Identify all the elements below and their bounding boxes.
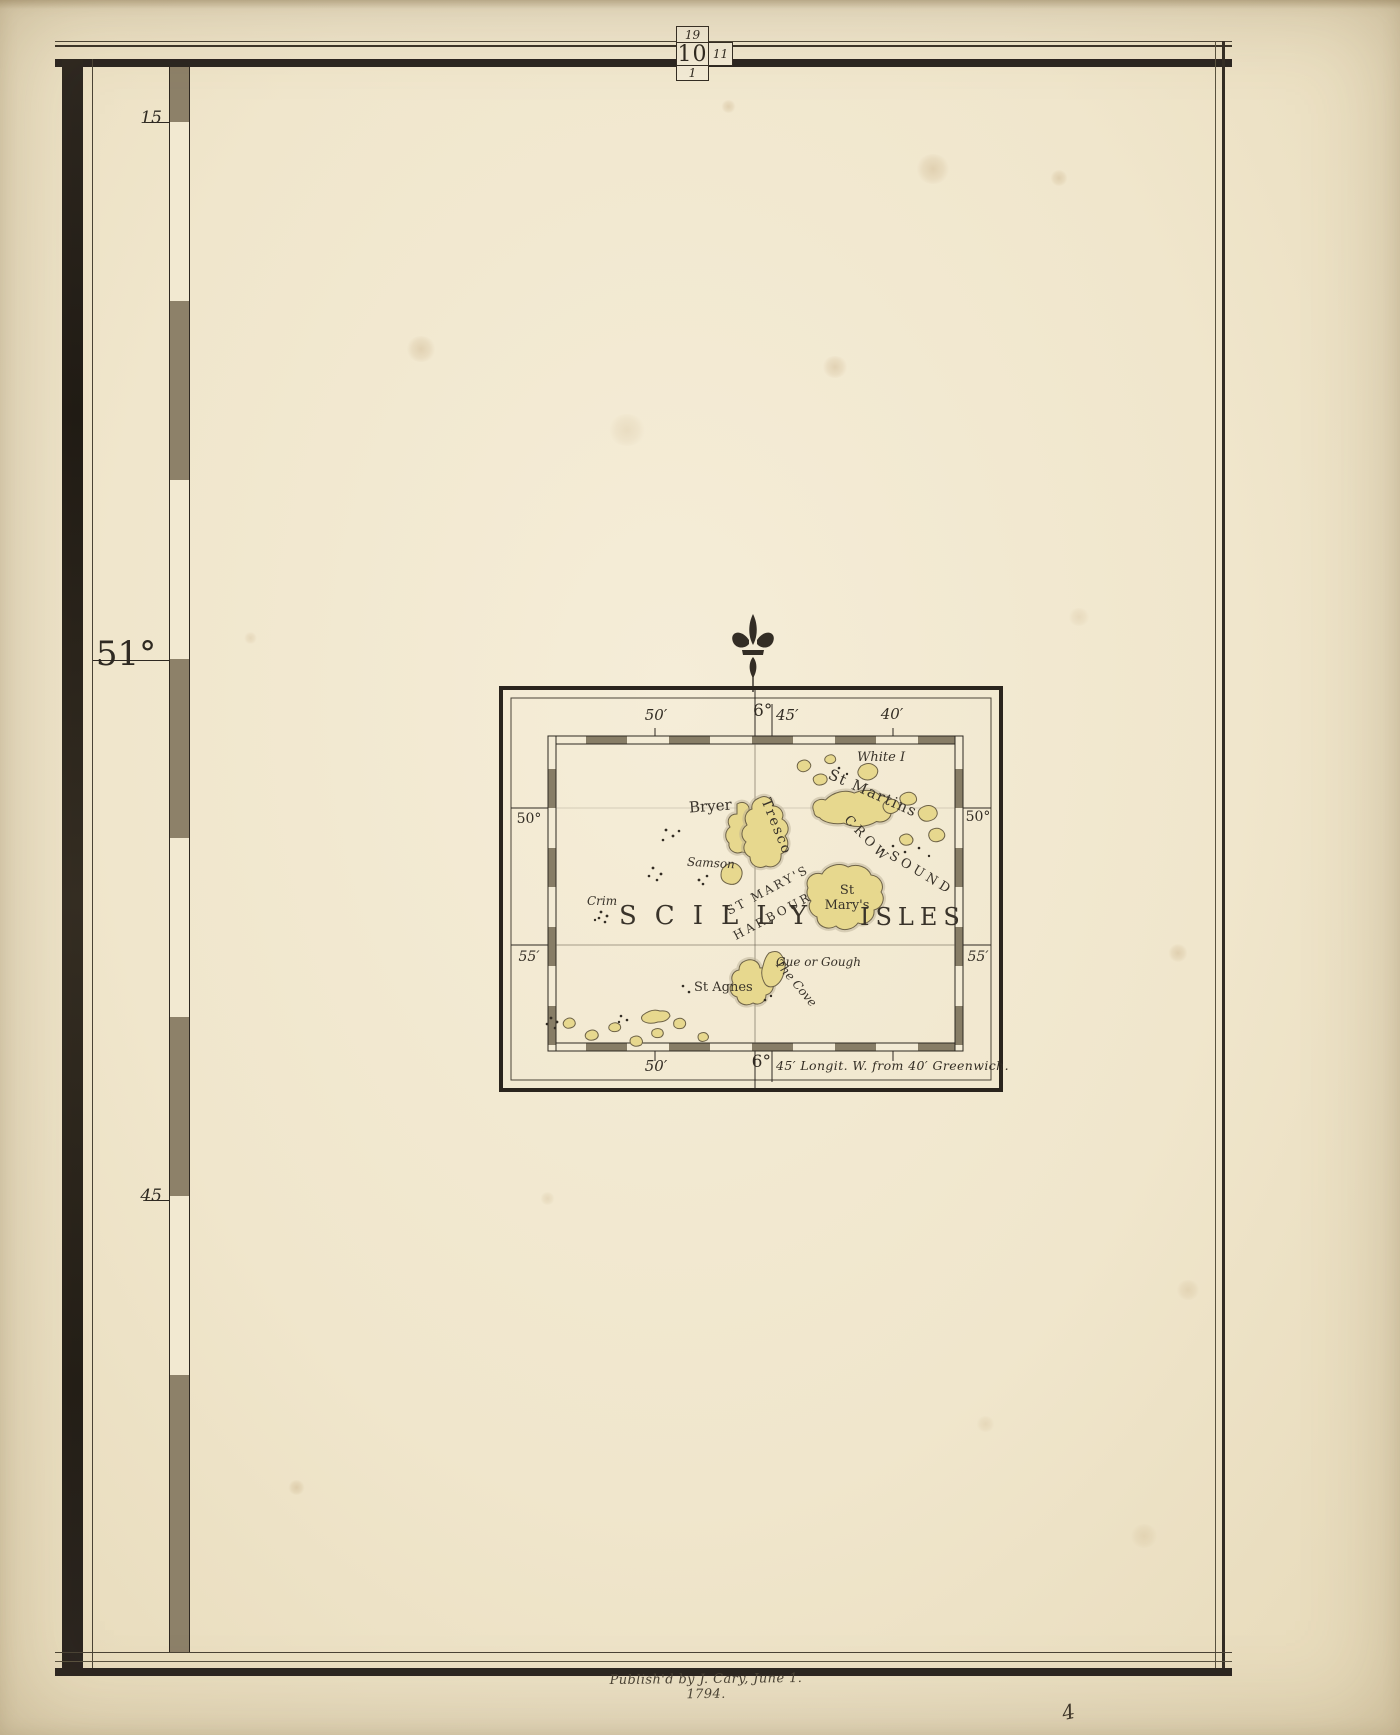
- latitude-scale-bar: [169, 67, 190, 1652]
- inset-left-axis-50deg: 50°: [512, 811, 546, 827]
- island-annet: [642, 1010, 671, 1023]
- paper-top-edge-shading: [0, 0, 1400, 9]
- frame-right-border-line: [1222, 41, 1225, 1676]
- label-samson: Samson: [687, 855, 736, 871]
- foxing-stain: [1168, 944, 1188, 962]
- foxing-stain: [244, 632, 257, 644]
- label-crim: Crim: [587, 894, 617, 908]
- frame-top-thick-band: [55, 59, 1232, 67]
- inset-top-axis-45: 45′: [776, 706, 804, 724]
- foxing-stain: [1176, 1280, 1200, 1300]
- foxing-stain: [608, 414, 646, 446]
- inset-inner-border: [511, 698, 991, 1080]
- foxing-stain: [1068, 608, 1090, 626]
- latitude-label-45: 45: [110, 1186, 162, 1206]
- plate-number-south: 1: [676, 65, 709, 81]
- western-rocks: [563, 1018, 708, 1046]
- inset-map-graphic: [503, 690, 999, 1088]
- plate-number-east: 11: [708, 42, 733, 66]
- inset-axis-ticks: [511, 690, 991, 1088]
- fleur-de-lis-north-mark: [727, 608, 779, 692]
- foxing-stain: [406, 336, 436, 362]
- map-sheet: 19 10 11 1 15 51° 45: [0, 0, 1400, 1735]
- corner-mark: 4: [1060, 1699, 1077, 1725]
- frame-top-thin-line-2: [55, 45, 1232, 47]
- inset-map-scilly-isles: 50′ 6° 45′ 40′ 50′ 6° 45′ Longit. W. fro…: [499, 686, 1003, 1092]
- inset-left-axis-55min: 55′: [512, 949, 546, 965]
- rocks-west-of-bryher: [662, 829, 681, 842]
- foxing-stain: [1130, 1524, 1158, 1548]
- foxing-stain: [540, 1192, 555, 1205]
- foxing-stain: [976, 1416, 995, 1432]
- foxing-stain: [721, 100, 736, 113]
- inset-bottom-axis-caption: 45′ Longit. W. from 40′ Greenwich.: [776, 1058, 1009, 1073]
- foxing-stain: [1050, 170, 1068, 186]
- rocks-crim: [594, 911, 609, 924]
- latitude-label-15: 15: [110, 108, 162, 128]
- inset-bottom-axis-6deg: 6°: [747, 1052, 771, 1072]
- foxing-stain: [916, 154, 950, 184]
- label-scilly: SCILLY: [619, 901, 825, 931]
- latitude-label-51: 51°: [88, 634, 164, 674]
- frame-left-thick-band: [62, 59, 83, 1676]
- frame-top-thin-line-1: [55, 41, 1232, 42]
- label-bryer: Bryer: [688, 796, 732, 817]
- inset-top-axis-40: 40′: [875, 705, 909, 723]
- publisher-imprint: Publish'd by J. Cary, June 1. 1794.: [608, 1671, 804, 1703]
- frame-bottom-thin-line-2: [55, 1661, 1232, 1662]
- inset-right-axis-55min: 55′: [962, 949, 994, 965]
- plate-number-current: 10: [676, 42, 709, 66]
- plate-number-north: 19: [676, 26, 709, 43]
- inset-top-axis-6deg: 6°: [753, 701, 771, 721]
- inset-bottom-axis-50: 50′: [639, 1057, 673, 1075]
- inset-top-axis-50: 50′: [639, 706, 673, 724]
- inset-right-axis-50deg: 50°: [962, 809, 994, 825]
- label-st-agnes: St Agnes: [694, 980, 753, 995]
- label-white-island: White I: [857, 750, 905, 765]
- label-isles: ISLES: [860, 903, 966, 931]
- foxing-stain: [822, 356, 848, 378]
- frame-left-thin-line: [92, 59, 93, 1669]
- frame-bottom-thin-line-1: [55, 1652, 1232, 1653]
- frame-right-thin-line: [1215, 41, 1216, 1676]
- foxing-stain: [288, 1480, 305, 1495]
